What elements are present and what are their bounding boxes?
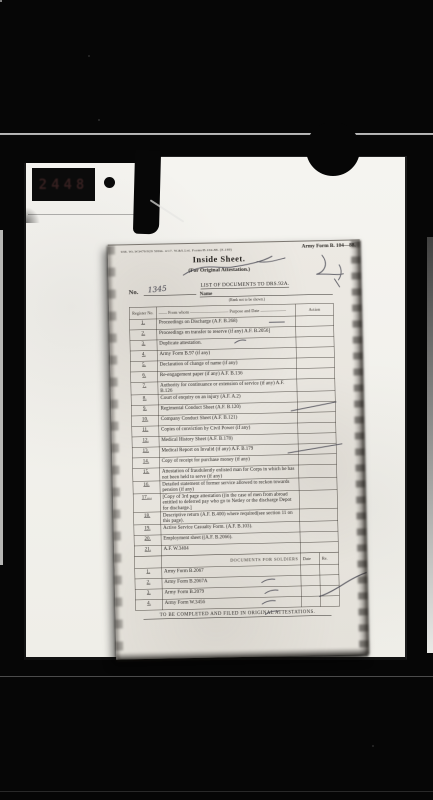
row-action-cell bbox=[300, 508, 338, 521]
row-serial: 18. bbox=[134, 512, 161, 525]
footer-instruction: TO BE COMPLETED AND FILED IN ORIGINAL AT… bbox=[143, 609, 331, 619]
row-action-cell bbox=[299, 464, 337, 477]
row-serial: 3. bbox=[135, 589, 162, 600]
row-serial: 15. bbox=[133, 468, 160, 481]
film-gap-band bbox=[133, 150, 161, 235]
row-serial: 7. bbox=[131, 382, 158, 395]
row-serial: 16. bbox=[133, 481, 160, 494]
row-serial: 5. bbox=[130, 361, 157, 372]
row-serial: 17.... bbox=[133, 493, 160, 512]
date-column-header: Date bbox=[300, 553, 319, 565]
row-serial: 4. bbox=[135, 599, 162, 610]
row-action-cell bbox=[297, 378, 335, 391]
row-action-cell bbox=[298, 433, 336, 444]
row-serial: 4. bbox=[130, 350, 157, 361]
form-number: Army Form B. 104—88. bbox=[302, 242, 356, 249]
row-serial: 13. bbox=[132, 447, 159, 458]
row-serial: 11. bbox=[132, 426, 159, 437]
film-edge-right bbox=[427, 237, 433, 653]
row-action-cell bbox=[299, 490, 337, 509]
microfilm-frame: 2448 938. Wt.W3479/929 500m. 4/17. W.&S.… bbox=[0, 0, 433, 800]
film-marker-digits: 2448 bbox=[39, 177, 89, 193]
row-serial: 2. bbox=[135, 578, 162, 589]
row-re-cell bbox=[320, 585, 339, 596]
row-serial: 9. bbox=[131, 405, 158, 416]
row-action-cell bbox=[296, 336, 334, 347]
document-content: 938. Wt.W3479/929 500m. 4/17. W.&S.Ltd. … bbox=[108, 240, 369, 659]
punch-hole bbox=[104, 177, 115, 188]
film-frame-line-bottom-2 bbox=[0, 791, 433, 792]
row-action-cell bbox=[297, 391, 335, 402]
film-frame-line-top bbox=[0, 133, 433, 135]
documents-table: Register No. —— From whom ————————— Purp… bbox=[129, 303, 339, 557]
row-action-cell bbox=[298, 454, 336, 465]
row-action-cell bbox=[296, 357, 334, 368]
film-marker-block: 2448 bbox=[32, 168, 95, 201]
no-handwritten-value: 1345 bbox=[147, 284, 167, 295]
row-serial: 6. bbox=[131, 371, 158, 382]
row-action-cell bbox=[297, 401, 335, 412]
row-action-cell bbox=[300, 521, 338, 532]
film-notch bbox=[306, 122, 360, 176]
soldier-documents-table: DOCUMENTS FOR SOLDIERS Date Re. 1.Army F… bbox=[134, 552, 340, 611]
row-date-cell bbox=[301, 565, 320, 576]
name-label: Name bbox=[200, 288, 333, 297]
row-action-cell bbox=[297, 368, 335, 379]
film-frame-line-bottom bbox=[0, 676, 433, 677]
row-re-cell bbox=[320, 596, 339, 607]
header-action: Action bbox=[295, 303, 333, 316]
film-specks bbox=[0, 0, 2, 2]
row-date-cell bbox=[301, 586, 320, 597]
document-page: 938. Wt.W3479/929 500m. 4/17. W.&S.Ltd. … bbox=[108, 239, 369, 659]
row-re-cell bbox=[320, 575, 339, 586]
card-crease bbox=[28, 214, 141, 215]
row-action-cell bbox=[300, 531, 338, 542]
row-serial: 12. bbox=[132, 437, 159, 448]
row-serial: 3. bbox=[130, 340, 157, 351]
row-serial: 14. bbox=[132, 458, 159, 469]
row-serial: 19. bbox=[134, 524, 161, 535]
row-date-cell bbox=[301, 575, 320, 586]
no-label: No. bbox=[129, 288, 139, 296]
row-action-cell bbox=[299, 477, 337, 490]
re-column-header: Re. bbox=[319, 552, 338, 564]
row-description: Army Form W.3456 bbox=[162, 596, 301, 609]
row-action-cell bbox=[296, 326, 334, 337]
header-register-no: Register No. bbox=[129, 307, 156, 320]
row-re-cell bbox=[320, 564, 339, 575]
row-date-cell bbox=[301, 596, 320, 607]
row-serial: 10. bbox=[132, 416, 159, 427]
row-action-cell bbox=[297, 412, 335, 423]
no-underline bbox=[144, 294, 196, 296]
film-shadow-top bbox=[24, 150, 135, 163]
row-serial: 2. bbox=[130, 329, 157, 340]
printer-imprint: 938. Wt.W3479/929 500m. 4/17. W.&S.Ltd. … bbox=[121, 248, 232, 254]
page-subtitle: (For Original Attestation.) bbox=[108, 265, 330, 276]
row-action-cell bbox=[295, 315, 333, 326]
card-smudge bbox=[26, 207, 40, 223]
list-title: LIST OF DOCUMENTS TO DRS.92A. bbox=[200, 281, 289, 289]
film-edge-left bbox=[0, 230, 3, 565]
title-tick bbox=[334, 279, 339, 287]
row-serial: 1. bbox=[130, 319, 157, 330]
row-serial: 1. bbox=[135, 568, 162, 579]
soldier-header-empty bbox=[134, 556, 161, 569]
rank-note: (Rank not to be shown.) bbox=[229, 297, 265, 302]
row-serial: 20. bbox=[134, 535, 161, 546]
row-serial: 8. bbox=[131, 395, 158, 406]
row-action-cell bbox=[298, 443, 336, 454]
